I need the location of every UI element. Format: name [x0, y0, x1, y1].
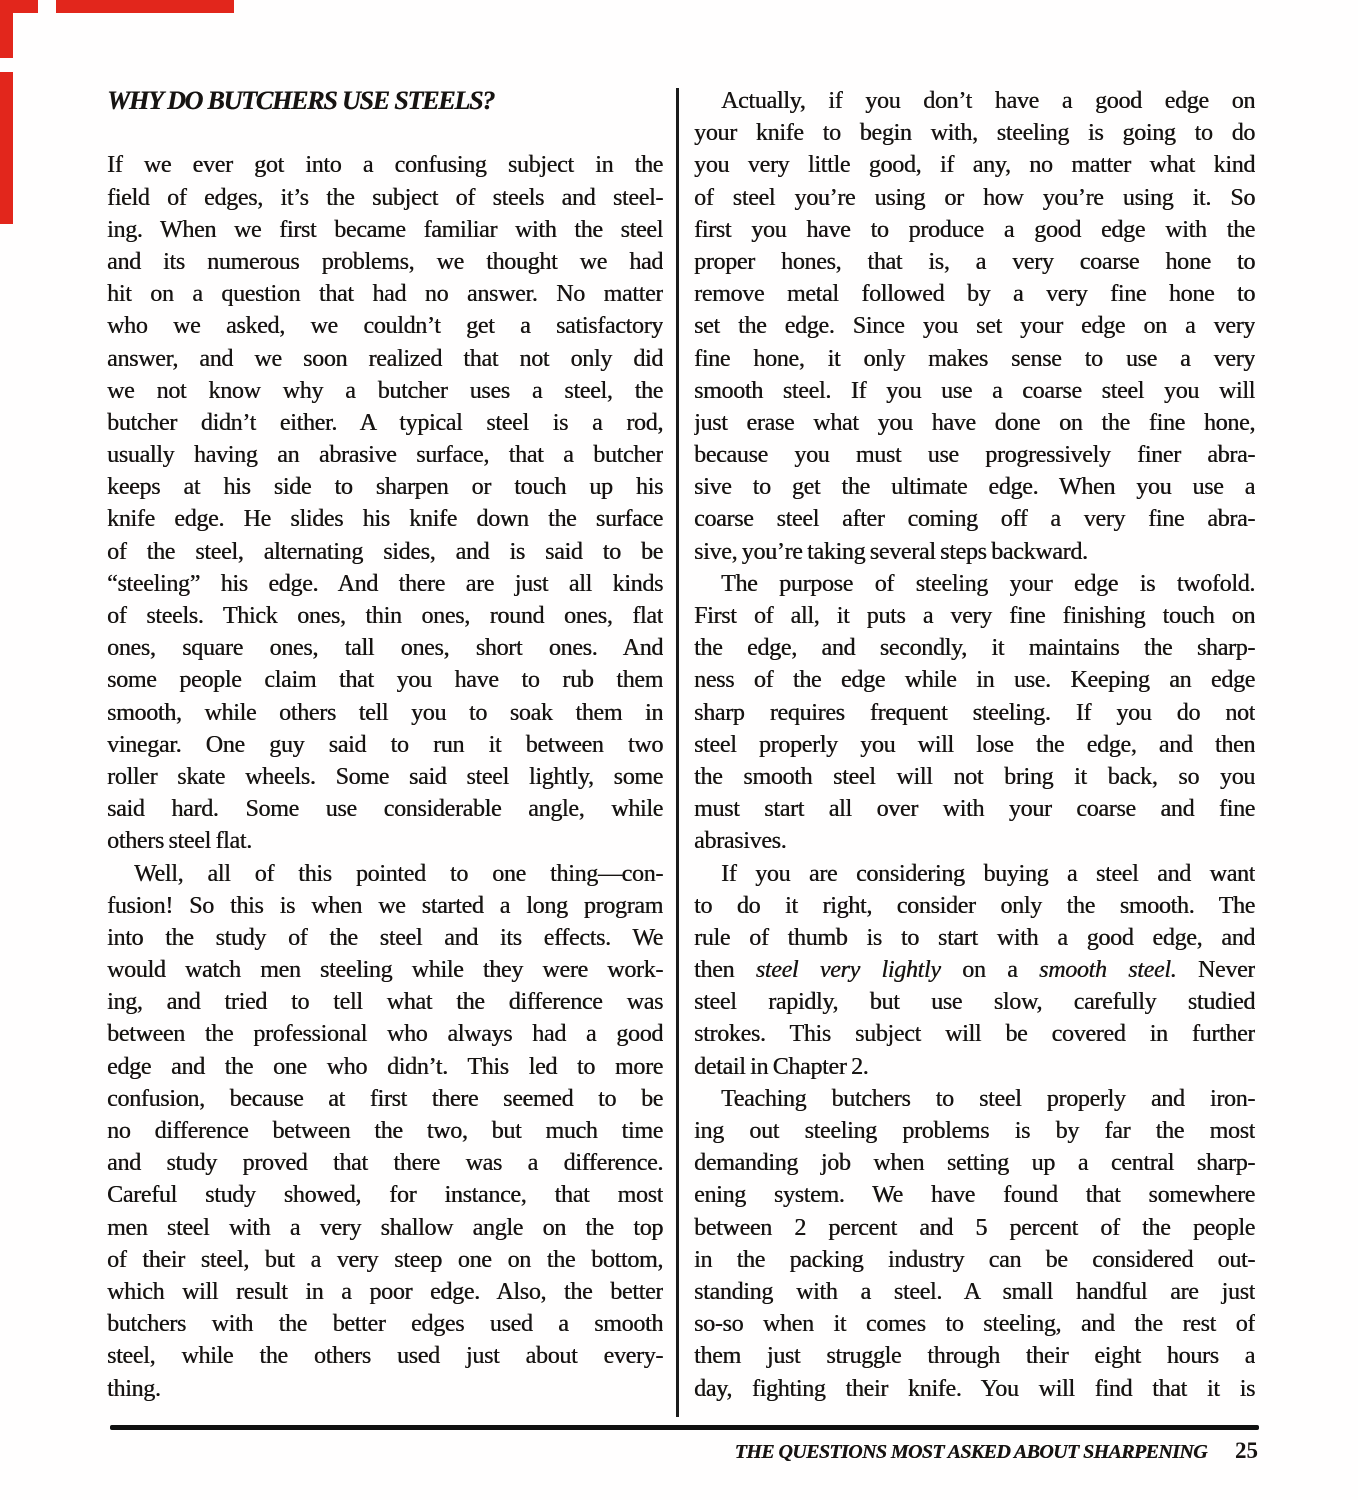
text-line: butcher didn’t either. A typical steel i… — [107, 407, 663, 439]
section-heading: WHY DO BUTCHERS USE STEELS? — [107, 85, 663, 149]
text-line: them just struggle through their eight h… — [694, 1340, 1255, 1372]
text-line: fusion! So this is when we started a lon… — [107, 890, 663, 922]
text-line: Actually, if you don’t have a good edge … — [694, 85, 1255, 117]
text-line: vinegar. One guy said to run it between … — [107, 729, 663, 761]
text-line: would watch men steeling while they were… — [107, 954, 663, 986]
text-line: no difference between the two, but much … — [107, 1115, 663, 1147]
text-line: the smooth steel will not bring it back,… — [694, 761, 1255, 793]
text-line: between 2 percent and 5 percent of the p… — [694, 1212, 1255, 1244]
text-line: men steel with a very shallow angle on t… — [107, 1212, 663, 1244]
text-line: remove metal followed by a very fine hon… — [694, 278, 1255, 310]
text-line: in the packing industry can be considere… — [694, 1244, 1255, 1276]
text-line: coarse steel after coming off a very fin… — [694, 503, 1255, 535]
red-edge-mark — [56, 0, 234, 13]
text-line: must start all over with your coarse and… — [694, 793, 1255, 825]
text-line: because you must use progressively finer… — [694, 439, 1255, 471]
text-line: strokes. This subject will be covered in… — [694, 1018, 1255, 1050]
text-line: and study proved that there was a differ… — [107, 1147, 663, 1179]
text-line: detail in Chapter 2. — [694, 1051, 1255, 1083]
text-line: ing out steeling problems is by far the … — [694, 1115, 1255, 1147]
text-line: thing. — [107, 1373, 663, 1405]
text-line: steel rapidly, but use slow, carefully s… — [694, 986, 1255, 1018]
text-line: which will result in a poor edge. Also, … — [107, 1276, 663, 1308]
text-line: rule of thumb is to start with a good ed… — [694, 922, 1255, 954]
column-divider-rule — [676, 88, 679, 1417]
text-line: steel properly you will lose the edge, a… — [694, 729, 1255, 761]
text-line: of steels. Thick ones, thin ones, round … — [107, 600, 663, 632]
text-line: of the steel, alternating sides, and is … — [107, 536, 663, 568]
text-line: the edge, and secondly, it maintains the… — [694, 632, 1255, 664]
page-footer: THE QUESTIONS MOST ASKED ABOUT SHARPENIN… — [110, 1438, 1258, 1464]
text-line: and its numerous problems, we thought we… — [107, 246, 663, 278]
text-line: usually having an abrasive surface, that… — [107, 439, 663, 471]
text-line: “steeling” his edge. And there are just … — [107, 568, 663, 600]
text-line: butchers with the better edges used a sm… — [107, 1308, 663, 1340]
text-line: sive, you’re taking several steps backwa… — [694, 536, 1255, 568]
text-line: ness of the edge while in use. Keeping a… — [694, 664, 1255, 696]
page-number: 25 — [1235, 1438, 1258, 1464]
right-column: Actually, if you don’t have a good edge … — [694, 85, 1255, 1405]
text-line: just erase what you have done on the fin… — [694, 407, 1255, 439]
text-line: so-so when it comes to steeling, and the… — [694, 1308, 1255, 1340]
left-column: WHY DO BUTCHERS USE STEELS? If we ever g… — [107, 85, 663, 1405]
text-line: into the study of the steel and its effe… — [107, 922, 663, 954]
text-line: Careful study showed, for instance, that… — [107, 1179, 663, 1211]
text-line: confusion, because at first there seemed… — [107, 1083, 663, 1115]
text-line: between the professional who always had … — [107, 1018, 663, 1050]
text-line: If we ever got into a confusing subject … — [107, 149, 663, 181]
text-line: edge and the one who didn’t. This led to… — [107, 1051, 663, 1083]
text-line: hit on a question that had no answer. No… — [107, 278, 663, 310]
running-title: THE QUESTIONS MOST ASKED ABOUT SHARPENIN… — [735, 1441, 1207, 1463]
text-line: others steel flat. — [107, 825, 663, 857]
book-page: WHY DO BUTCHERS USE STEELS? If we ever g… — [0, 0, 1358, 1500]
text-line: roller skate wheels. Some said steel lig… — [107, 761, 663, 793]
text-line: standing with a steel. A small handful a… — [694, 1276, 1255, 1308]
text-line: Teaching butchers to steel properly and … — [694, 1083, 1255, 1115]
text-line: fine hone, it only makes sense to use a … — [694, 343, 1255, 375]
text-line: said hard. Some use considerable angle, … — [107, 793, 663, 825]
text-line: sharp requires frequent steeling. If you… — [694, 697, 1255, 729]
text-line: ening system. We have found that somewhe… — [694, 1179, 1255, 1211]
text-line: of steel you’re using or how you’re usin… — [694, 182, 1255, 214]
text-line: ones, square ones, tall ones, short ones… — [107, 632, 663, 664]
text-line: smooth steel. If you use a coarse steel … — [694, 375, 1255, 407]
text-line: abrasives. — [694, 825, 1255, 857]
text-line: then steel very lightly on a smooth stee… — [694, 954, 1255, 986]
text-line: set the edge. Since you set your edge on… — [694, 310, 1255, 342]
red-edge-mark — [0, 72, 13, 224]
text-line: to do it right, consider only the smooth… — [694, 890, 1255, 922]
text-line: knife edge. He slides his knife down the… — [107, 503, 663, 535]
text-line: some people claim that you have to rub t… — [107, 664, 663, 696]
text-line: who we asked, we couldn’t get a satisfac… — [107, 310, 663, 342]
text-line: your knife to begin with, steeling is go… — [694, 117, 1255, 149]
text-line: ing. When we first became familiar with … — [107, 214, 663, 246]
text-line: Well, all of this pointed to one thing—c… — [107, 858, 663, 890]
text-line: first you have to produce a good edge wi… — [694, 214, 1255, 246]
red-edge-mark — [0, 0, 13, 58]
text-line: of their steel, but a very steep one on … — [107, 1244, 663, 1276]
text-line: keeps at his side to sharpen or touch up… — [107, 471, 663, 503]
text-line: First of all, it puts a very fine finish… — [694, 600, 1255, 632]
right-column-text: Actually, if you don’t have a good edge … — [694, 85, 1255, 1405]
text-line: sive to get the ultimate edge. When you … — [694, 471, 1255, 503]
text-line: The purpose of steeling your edge is two… — [694, 568, 1255, 600]
text-line: proper hones, that is, a very coarse hon… — [694, 246, 1255, 278]
left-column-text: If we ever got into a confusing subject … — [107, 149, 663, 1404]
text-line: field of edges, it’s the subject of stee… — [107, 182, 663, 214]
text-line: ing, and tried to tell what the differen… — [107, 986, 663, 1018]
text-line: steel, while the others used just about … — [107, 1340, 663, 1372]
text-line: demanding job when setting up a central … — [694, 1147, 1255, 1179]
footer-rule — [110, 1425, 1259, 1430]
text-line: we not know why a butcher uses a steel, … — [107, 375, 663, 407]
text-line: If you are considering buying a steel an… — [694, 858, 1255, 890]
text-line: day, fighting their knife. You will find… — [694, 1373, 1255, 1405]
text-line: answer, and we soon realized that not on… — [107, 343, 663, 375]
text-line: you very little good, if any, no matter … — [694, 149, 1255, 181]
text-line: smooth, while others tell you to soak th… — [107, 697, 663, 729]
